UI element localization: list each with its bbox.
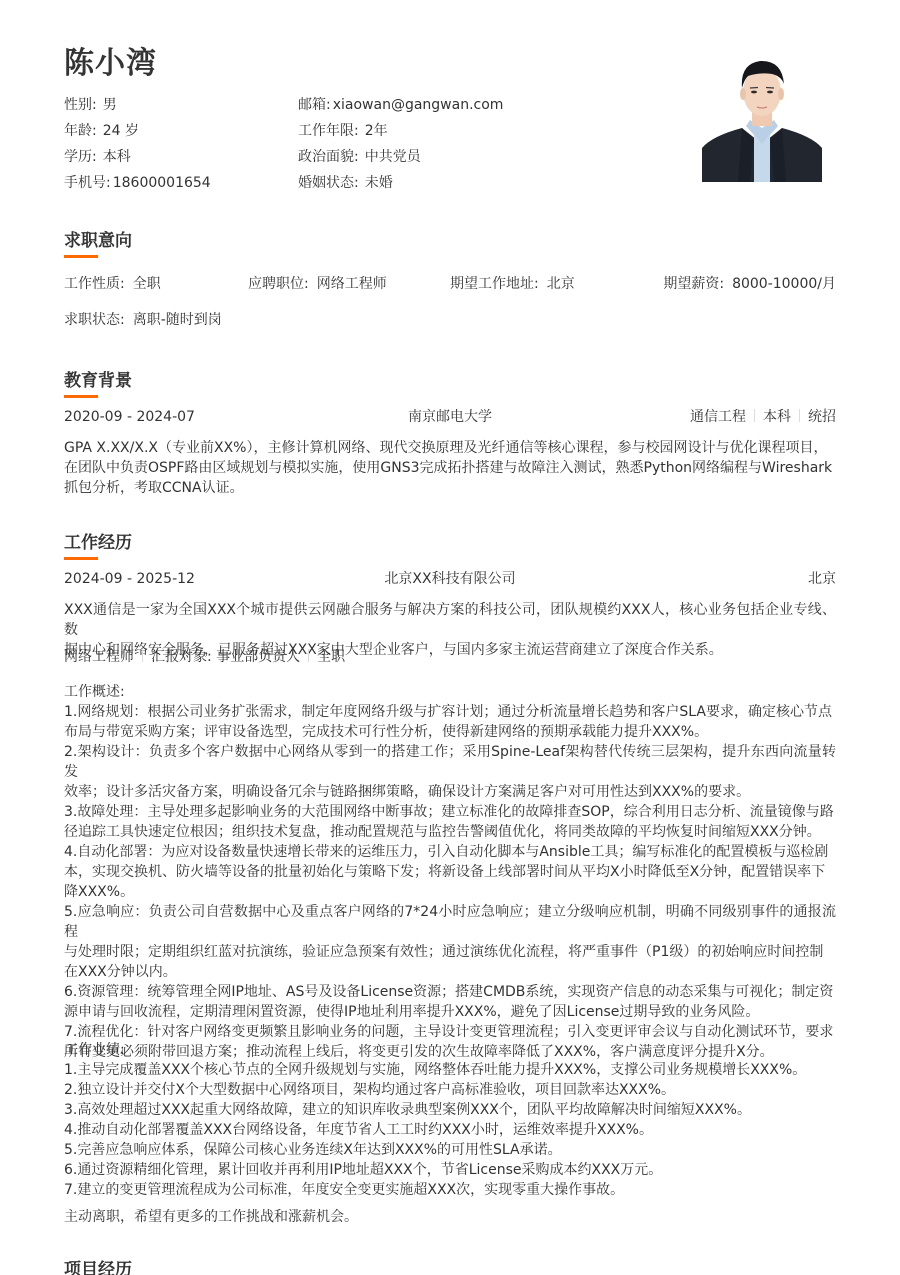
work-job-type: 全职 (317, 649, 345, 665)
overview-line: 1.网络规划：根据公司业务扩张需求，制定年度网络升级与扩容计划；通过分析流量增长… (64, 702, 836, 722)
achievement-line: 7.建立的变更管理流程成为公司标准，年度安全变更实施超XXX次，实现零重大操作事… (64, 1180, 836, 1200)
intent-position: 应聘职位:网络工程师 (248, 273, 387, 293)
info-work-years: 工作年限:2年 (298, 120, 388, 142)
work-report-to: 汇报对象: 事业部负责人 (151, 649, 300, 665)
achievement-line: 1.主导完成覆盖XXX个核心节点的全网升级规划与实施，网络整体吞吐能力提升XXX… (64, 1060, 836, 1080)
info-label: 婚姻状态: (298, 175, 359, 191)
section-underline (64, 557, 98, 560)
section-title-education: 教育背景 (64, 366, 132, 391)
work-header: 2024-09 - 2025-12 北京XX科技有限公司 北京 (64, 568, 836, 590)
info-email: 邮箱:xiaowan@gangwan.com (298, 94, 503, 116)
section-title-job-intent: 求职意向 (64, 226, 132, 251)
info-label: 性别: (64, 97, 97, 113)
intent-value: 离职-随时到岗 (133, 312, 222, 328)
achievement-line: 6.通过资源精细化管理，累计回收并再利用IP地址超XXX个，节省License采… (64, 1160, 836, 1180)
info-value: 24 岁 (103, 123, 139, 139)
section-underline (64, 395, 98, 398)
intent-label: 期望薪资: (663, 276, 724, 292)
overview-line: 本，实现交换机、防火墙等设备的批量初始化与策略下发；将新设备上线部署时间从平均X… (64, 862, 836, 882)
achievement-line: 4.推动自动化部署覆盖XXX台网络设备，年度节省人工工时约XXX小时，运维效率提… (64, 1120, 836, 1140)
achievement-line: 2.独立设计并交付X个大型数据中心网络项目，架构均通过客户高标准验收，项目回款率… (64, 1080, 836, 1100)
education-line: GPA X.XX/X.X（专业前XX%），主修计算机网络、现代交换原理及光纤通信… (64, 438, 836, 458)
avatar (702, 48, 822, 182)
overview-line: 2.架构设计：负责多个客户数据中心网络从零到一的搭建工作；采用Spine-Lea… (64, 742, 836, 782)
info-marital-status: 婚姻状态:未婚 (298, 172, 393, 194)
intent-value: 8000-10000/月 (732, 276, 836, 292)
education-meta: 通信工程本科统招 (690, 406, 836, 428)
achievements-label: 工作业绩: (64, 1040, 836, 1060)
info-value: 中共党员 (365, 149, 421, 165)
intent-work-type: 工作性质:全职 (64, 273, 161, 293)
section-title-projects: 项目经历 (64, 1255, 132, 1275)
info-phone: 手机号:18600001654 (64, 172, 211, 194)
overview-line: 径追踪工具快速定位根因；组织技术复盘，推动配置规范与监控告警阈值优化，将同类故障… (64, 822, 836, 842)
info-gender: 性别:男 (64, 94, 117, 116)
info-label: 手机号: (64, 175, 111, 191)
info-age: 年龄:24 岁 (64, 120, 139, 142)
work-overview: 工作概述: 1.网络规划：根据公司业务扩张需求，制定年度网络升级与扩容计划；通过… (64, 682, 836, 1062)
info-label: 邮箱: (298, 97, 331, 113)
candidate-name: 陈小湾 (64, 38, 157, 82)
work-company: 北京XX科技有限公司 (64, 568, 836, 590)
info-political-status: 政治面貌:中共党员 (298, 146, 421, 168)
divider (799, 409, 800, 422)
intent-location: 期望工作地址:北京 (450, 273, 575, 293)
overview-line: 4.自动化部署：为应对设备数量快速增长带来的运维压力，引入自动化脚本与Ansib… (64, 842, 836, 862)
info-label: 政治面貌: (298, 149, 359, 165)
intent-label: 工作性质: (64, 276, 125, 292)
intent-label: 求职状态: (64, 312, 125, 328)
info-value: 本科 (103, 149, 131, 165)
achievement-line: 5.完善应急响应体系，保障公司核心业务连续X年达到XXX%的可用性SLA承诺。 (64, 1140, 836, 1160)
info-value[interactable]: xiaowan@gangwan.com (333, 97, 504, 113)
info-value: 18600001654 (113, 175, 211, 191)
info-value: 男 (103, 97, 117, 113)
divider (142, 649, 143, 662)
intent-status: 求职状态:离职-随时到岗 (64, 309, 222, 329)
achievement-line: 3.高效处理超过XXX起重大网络故障，建立的知识库收录典型案例XXX个，团队平均… (64, 1100, 836, 1120)
overview-line: 7.流程优化：针对客户网络变更频繁且影响业务的问题，主导设计变更管理流程；引入变… (64, 1022, 836, 1042)
info-value: 未婚 (365, 175, 393, 191)
education-header: 2020-09 - 2024-07 南京邮电大学 通信工程本科统招 (64, 406, 836, 428)
overview-line: 效率；设计多活灾备方案，明确设备冗余与链路捆绑策略，确保设计方案满足客户对可用性… (64, 782, 836, 802)
overview-line: 3.故障处理：主导处理多起影响业务的大范围网络中断事故；建立标准化的故障排查SO… (64, 802, 836, 822)
intent-salary: 期望薪资:8000-10000/月 (663, 273, 836, 293)
work-position: 网络工程师 (64, 649, 134, 665)
intent-value: 全职 (133, 276, 161, 292)
overview-line: 6.资源管理：统筹管理全网IP地址、AS号及设备License资源；搭建CMDB… (64, 982, 836, 1002)
education-degree: 本科 (763, 409, 791, 425)
overview-line: 源申请与回收流程，定期清理闲置资源，使得IP地址利用率提升XXX%，避免了因Li… (64, 1002, 836, 1022)
info-label: 学历: (64, 149, 97, 165)
section-underline (64, 255, 98, 258)
education-line: 在团队中负责OSPF路由区域规划与模拟实施，使用GNS3完成拓扑搭建与故障注入测… (64, 458, 836, 478)
info-label: 年龄: (64, 123, 97, 139)
work-location: 北京 (808, 568, 836, 590)
education-type: 统招 (808, 409, 836, 425)
divider (308, 649, 309, 662)
overview-label: 工作概述: (64, 682, 836, 702)
info-label: 工作年限: (298, 123, 359, 139)
portrait-photo (702, 48, 822, 182)
intent-label: 应聘职位: (248, 276, 309, 292)
divider (754, 409, 755, 422)
company-intro-line: XXX通信是一家为全国XXX个城市提供云网融合服务与解决方案的科技公司，团队规模… (64, 600, 836, 640)
intent-value: 网络工程师 (317, 276, 387, 292)
education-description: GPA X.XX/X.X（专业前XX%），主修计算机网络、现代交换原理及光纤通信… (64, 438, 836, 498)
overview-line: 在XXX分钟以内。 (64, 962, 836, 982)
overview-line: 5.应急响应：负责公司自营数据中心及重点客户网络的7*24小时应急响应；建立分级… (64, 902, 836, 942)
overview-line: 降XXX%。 (64, 882, 836, 902)
education-line: 抓包分析，考取CCNA认证。 (64, 478, 836, 498)
info-education: 学历:本科 (64, 146, 131, 168)
info-value: 2年 (365, 123, 388, 139)
education-major: 通信工程 (690, 409, 746, 425)
intent-label: 期望工作地址: (450, 276, 539, 292)
work-role-meta: 网络工程师汇报对象: 事业部负责人全职 (64, 646, 836, 668)
intent-value: 北京 (547, 276, 575, 292)
leave-reason: 主动离职，希望有更多的工作挑战和涨薪机会。 (64, 1207, 836, 1227)
section-title-work: 工作经历 (64, 528, 132, 553)
work-achievements: 工作业绩: 1.主导完成覆盖XXX个核心节点的全网升级规划与实施，网络整体吞吐能… (64, 1040, 836, 1200)
overview-line: 与处理时限；定期组织红蓝对抗演练，验证应急预案有效性；通过演练优化流程，将严重事… (64, 942, 836, 962)
overview-line: 布局与带宽采购方案；评审设备选型，完成技术可行性分析，使得新建网络的预期承载能力… (64, 722, 836, 742)
